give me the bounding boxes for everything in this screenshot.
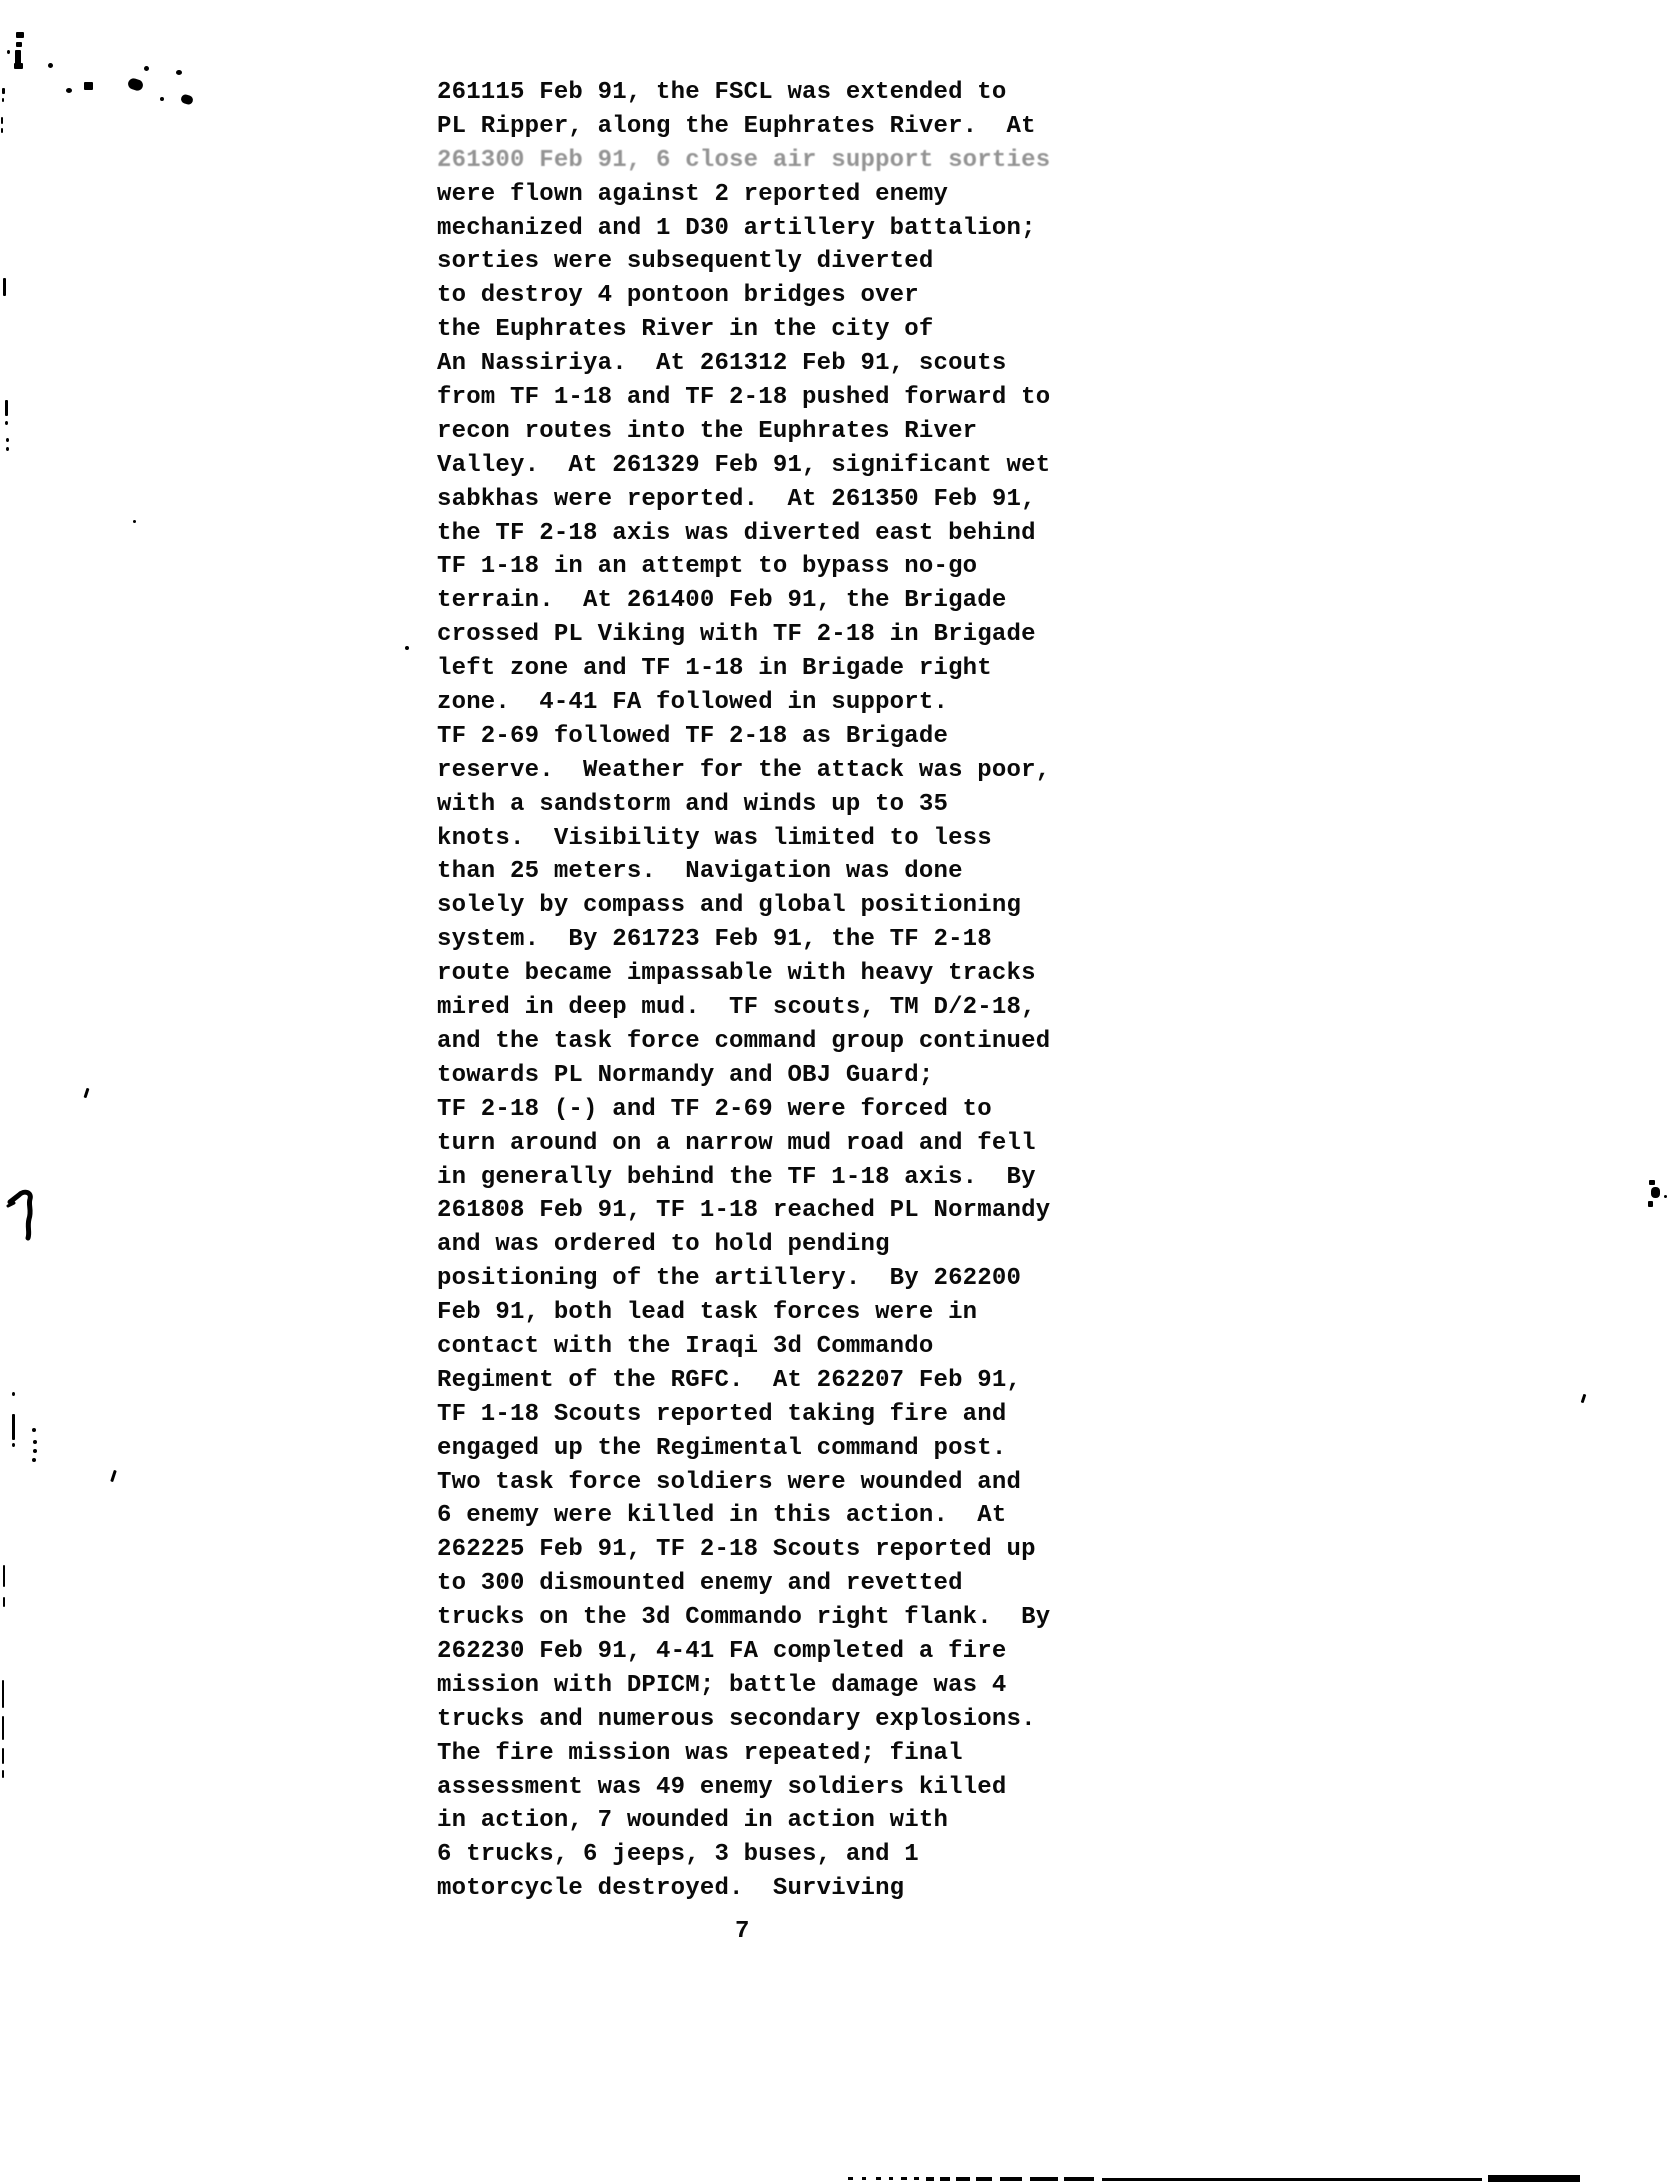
text-line: and was ordered to hold pending (437, 1228, 1050, 1262)
margin-mark (1649, 1180, 1655, 1185)
margin-mark (1, 128, 3, 133)
text-line: route became impassable with heavy track… (437, 957, 1050, 991)
margin-mark (84, 1088, 90, 1098)
text-line: were flown against 2 reported enemy (437, 178, 1050, 212)
margin-mark (133, 520, 136, 523)
text-line: 261115 Feb 91, the FSCL was extended to (437, 76, 1050, 110)
text-line: motorcycle destroyed. Surviving (437, 1872, 1050, 1906)
text-line: the TF 2-18 axis was diverted east behin… (437, 517, 1050, 551)
ink-speck (66, 88, 72, 93)
margin-mark (405, 646, 409, 650)
text-line: recon routes into the Euphrates River (437, 415, 1050, 449)
document-page: 261115 Feb 91, the FSCL was extended toP… (0, 0, 1680, 2182)
margin-mark (1664, 1195, 1667, 1198)
margin-mark (2, 88, 5, 94)
page-number: 7 (735, 1918, 749, 1945)
text-line: TF 1-18 Scouts reported taking fire and (437, 1398, 1050, 1432)
scan-edge-line (901, 2177, 907, 2180)
text-line: towards PL Normandy and OBJ Guard; (437, 1059, 1050, 1093)
text-line: trucks on the 3d Commando right flank. B… (437, 1601, 1050, 1635)
margin-mark (2, 98, 4, 102)
scan-edge-line (914, 2177, 919, 2180)
margin-mark (33, 1440, 37, 1444)
margin-mark (6, 447, 9, 451)
text-line: mission with DPICM; battle damage was 4 (437, 1669, 1050, 1703)
text-line: left zone and TF 1-18 in Brigade right (437, 652, 1050, 686)
margin-mark (32, 1458, 36, 1462)
handwritten-mark (6, 1186, 40, 1244)
scan-edge-line (1030, 2177, 1058, 2181)
scan-edge-line (926, 2177, 934, 2181)
text-line: positioning of the artillery. By 262200 (437, 1262, 1050, 1296)
margin-mark (2, 1716, 4, 1740)
scan-edge-line (956, 2177, 970, 2181)
text-line: turn around on a narrow mud road and fel… (437, 1127, 1050, 1161)
margin-mark (3, 278, 6, 296)
text-line: The fire mission was repeated; final (437, 1737, 1050, 1771)
text-line: 6 trucks, 6 jeeps, 3 buses, and 1 (437, 1838, 1050, 1872)
margin-mark (2, 1748, 4, 1764)
text-line: contact with the Iraqi 3d Commando (437, 1330, 1050, 1364)
text-line: sabkhas were reported. At 261350 Feb 91, (437, 483, 1050, 517)
margin-mark (2, 1770, 4, 1778)
scan-edge-line (940, 2177, 950, 2181)
scan-edge-line (1064, 2177, 1094, 2181)
text-line: with a sandstorm and winds up to 35 (437, 788, 1050, 822)
text-line: assessment was 49 enemy soldiers killed (437, 1771, 1050, 1805)
scan-edge-line (876, 2177, 881, 2180)
margin-mark (6, 438, 9, 442)
text-line: and the task force command group continu… (437, 1025, 1050, 1059)
text-line: system. By 261723 Feb 91, the TF 2-18 (437, 923, 1050, 957)
text-line: in action, 7 wounded in action with (437, 1804, 1050, 1838)
text-line: 6 enemy were killed in this action. At (437, 1499, 1050, 1533)
text-line: mechanized and 1 D30 artillery battalion… (437, 212, 1050, 246)
text-line: TF 1-18 in an attempt to bypass no-go (437, 550, 1050, 584)
ink-speck (127, 77, 145, 92)
margin-mark (3, 1597, 5, 1607)
text-line: An Nassiriya. At 261312 Feb 91, scouts (437, 347, 1050, 381)
text-line: Feb 91, both lead task forces were in (437, 1296, 1050, 1330)
text-line: zone. 4-41 FA followed in support. (437, 686, 1050, 720)
margin-mark (1651, 1187, 1660, 1198)
ink-speck (160, 97, 164, 101)
margin-mark (12, 1392, 15, 1396)
text-line: 262230 Feb 91, 4-41 FA completed a fire (437, 1635, 1050, 1669)
margin-mark (1, 117, 3, 124)
ink-speck (144, 66, 149, 71)
text-line: crossed PL Viking with TF 2-18 in Brigad… (437, 618, 1050, 652)
scan-edge-line (848, 2177, 853, 2180)
text-line: Two task force soldiers were wounded and (437, 1466, 1050, 1500)
margin-mark (1648, 1201, 1653, 1207)
ink-speck (84, 82, 93, 90)
scan-edge-line (1102, 2178, 1482, 2181)
text-line: PL Ripper, along the Euphrates River. At (437, 110, 1050, 144)
text-line: mired in deep mud. TF scouts, TM D/2-18, (437, 991, 1050, 1025)
margin-mark (2, 1680, 4, 1708)
scan-edge-line (976, 2177, 992, 2181)
text-line: Valley. At 261329 Feb 91, significant we… (437, 449, 1050, 483)
text-line: sorties were subsequently diverted (437, 245, 1050, 279)
ink-speck (176, 70, 182, 75)
ink-speck (16, 42, 22, 47)
text-line: terrain. At 261400 Feb 91, the Brigade (437, 584, 1050, 618)
text-line: Regiment of the RGFC. At 262207 Feb 91, (437, 1364, 1050, 1398)
margin-mark (3, 1565, 5, 1587)
ink-speck (14, 63, 23, 69)
margin-mark (12, 1414, 15, 1440)
scan-edge-line (1000, 2177, 1022, 2181)
text-line: in generally behind the TF 1-18 axis. By (437, 1161, 1050, 1195)
text-line: trucks and numerous secondary explosions… (437, 1703, 1050, 1737)
margin-mark (32, 1428, 36, 1432)
text-line: to 300 dismounted enemy and revetted (437, 1567, 1050, 1601)
margin-mark (12, 1443, 15, 1447)
text-line: reserve. Weather for the attack was poor… (437, 754, 1050, 788)
scan-edge-line (862, 2177, 866, 2180)
ink-speck (7, 50, 10, 54)
text-line: TF 2-18 (-) and TF 2-69 were forced to (437, 1093, 1050, 1127)
margin-mark (5, 421, 8, 425)
ink-speck (48, 63, 53, 68)
text-line: solely by compass and global positioning (437, 889, 1050, 923)
scan-edge-line (1488, 2175, 1580, 2182)
margin-mark (110, 1470, 117, 1482)
body-text: 261115 Feb 91, the FSCL was extended toP… (437, 76, 1050, 1906)
ink-speck (180, 93, 194, 105)
ink-speck (16, 32, 24, 38)
text-line: engaged up the Regimental command post. (437, 1432, 1050, 1466)
text-line: TF 2-69 followed TF 2-18 as Brigade (437, 720, 1050, 754)
text-line: knots. Visibility was limited to less (437, 822, 1050, 856)
text-line: than 25 meters. Navigation was done (437, 855, 1050, 889)
text-line: from TF 1-18 and TF 2-18 pushed forward … (437, 381, 1050, 415)
text-line: to destroy 4 pontoon bridges over (437, 279, 1050, 313)
margin-mark (33, 1449, 37, 1453)
text-line: 261300 Feb 91, 6 close air support sorti… (437, 144, 1050, 178)
text-line: the Euphrates River in the city of (437, 313, 1050, 347)
margin-mark (1581, 1394, 1587, 1403)
text-line: 262225 Feb 91, TF 2-18 Scouts reported u… (437, 1533, 1050, 1567)
scan-edge-line (889, 2177, 893, 2180)
margin-mark (5, 400, 8, 416)
text-line: 261808 Feb 91, TF 1-18 reached PL Norman… (437, 1194, 1050, 1228)
